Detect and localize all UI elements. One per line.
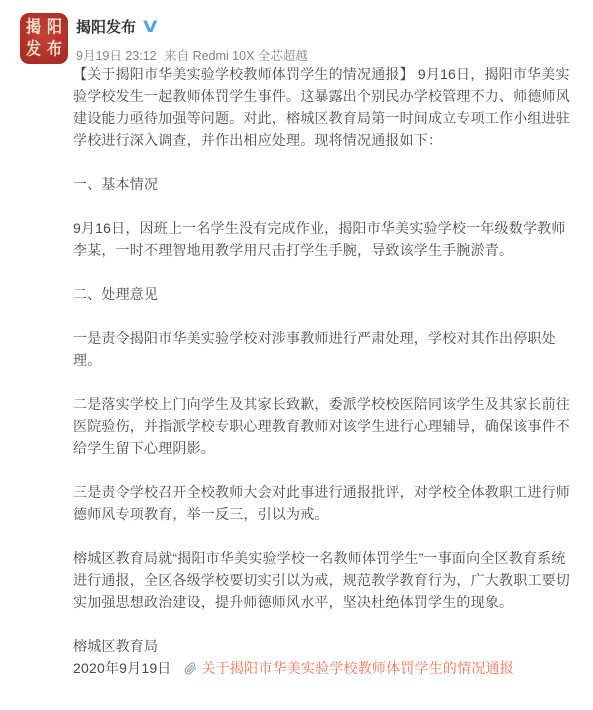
- avatar[interactable]: 揭阳发布: [20, 13, 68, 64]
- username[interactable]: 揭阳发布: [76, 16, 136, 37]
- post-paragraph: 二、处理意见: [73, 283, 570, 305]
- post-timestamp: 9月19日 23:12: [76, 49, 157, 63]
- verified-badge-icon: V: [143, 17, 157, 36]
- avatar-seal-char: 阳: [47, 19, 62, 36]
- post-paragraph: 9月16日，因班上一名学生没有完成作业，揭阳市华美实验学校一年级数学教师李某，一…: [73, 217, 570, 261]
- post-paragraph: 二是落实学校上门向学生及其家长致歉，委派学校校医陪同该学生及其家长前往医院验伤，…: [73, 393, 570, 459]
- post-header: 揭阳发布 揭阳发布 V 9月19日 23:12 来自 Redmi 10X 全芯超…: [20, 13, 308, 64]
- avatar-seal-char: 发: [26, 41, 41, 58]
- post-paragraph: 榕城区教育局就“揭阳市华美实验学校一名教师体罚学生”一事面向全区教育系统进行通报…: [73, 547, 570, 613]
- attachment-label: 关于揭阳市华美实验学校教师体罚学生的情况通报: [202, 657, 514, 679]
- post-meta: 9月19日 23:12 来自 Redmi 10X 全芯超越: [76, 46, 308, 64]
- post-paragraphs: 【关于揭阳市华美实验学校教师体罚学生的情况通报】 9月16日，揭阳市华美实验学校…: [73, 63, 570, 613]
- username-row: 揭阳发布 V: [76, 16, 308, 37]
- post-date: 2020年9月19日: [73, 657, 172, 679]
- post-paragraph: 三是责令学校召开全校教师大会对此事进行通报批评，对学校全体教职工进行师德师风专项…: [73, 481, 570, 525]
- signature-block: 榕城区教育局 2020年9月19日 关于揭阳市华美实验学校教师体罚学生的情况通报: [73, 635, 570, 679]
- paperclip-icon: [184, 662, 197, 675]
- header-text: 揭阳发布 V 9月19日 23:12 来自 Redmi 10X 全芯超越: [76, 13, 308, 64]
- post-paragraph: 【关于揭阳市华美实验学校教师体罚学生的情况通报】 9月16日，揭阳市华美实验学校…: [73, 63, 570, 151]
- avatar-seal-char: 揭: [26, 19, 41, 36]
- signature: 榕城区教育局: [73, 635, 570, 657]
- post-body: 【关于揭阳市华美实验学校教师体罚学生的情况通报】 9月16日，揭阳市华美实验学校…: [73, 63, 570, 679]
- post-paragraph: 一、基本情况: [73, 173, 570, 195]
- post-source[interactable]: 来自 Redmi 10X 全芯超越: [164, 49, 308, 63]
- attachment-link[interactable]: 关于揭阳市华美实验学校教师体罚学生的情况通报: [184, 657, 514, 679]
- avatar-seal-char: 布: [47, 41, 62, 58]
- date-row: 2020年9月19日 关于揭阳市华美实验学校教师体罚学生的情况通报: [73, 657, 570, 679]
- post-paragraph: 一是责令揭阳市华美实验学校对涉事教师进行严肃处理，学校对其作出停职处理。: [73, 327, 570, 371]
- weibo-post: 揭阳发布 揭阳发布 V 9月19日 23:12 来自 Redmi 10X 全芯超…: [0, 0, 593, 710]
